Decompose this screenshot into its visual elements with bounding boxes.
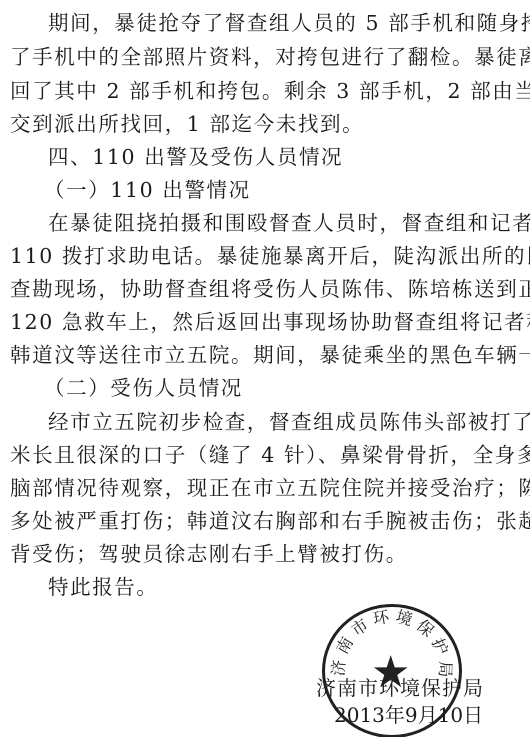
paragraph-line: 多处被严重打伤；韩道汶右胸部和右手腕被击伤；张超头部、后 bbox=[10, 508, 530, 534]
paragraph-line: 期间，暴徒抢夺了督查组人员的 5 部手机和随身挎包，删除 bbox=[48, 10, 530, 36]
paragraph-line: 110 拨打求助电话。暴徒施暴离开后，陡沟派出所的民警抵达并 bbox=[10, 243, 530, 269]
document-page: 期间，暴徒抢夺了督查组人员的 5 部手机和随身挎包，删除 了手机中的全部照片资料… bbox=[0, 0, 530, 737]
paragraph-line: 查勘现场，协助督查组将受伤人员陈伟、陈培栋送到正在赶来的 bbox=[10, 276, 530, 302]
paragraph-line: 米长且很深的口子（缝了 4 针）、鼻梁骨骨折，全身多处受伤， bbox=[10, 442, 530, 468]
closing-text: 特此报告。 bbox=[48, 574, 159, 600]
section-heading: 四、110 出警及受伤人员情况 bbox=[48, 144, 343, 170]
signature-organization: 济南市环境保护局 bbox=[316, 676, 484, 700]
subsection-heading: （二）受伤人员情况 bbox=[44, 375, 243, 401]
paragraph-line: 交到派出所找回，1 部迄今未找到。 bbox=[10, 111, 364, 137]
paragraph-line: 经市立五院初步检查，督查组成员陈伟头部被打了约 5-6 厘 bbox=[48, 409, 530, 435]
paragraph-line: 120 急救车上，然后返回出事现场协助督查组将记者和其他伤者 bbox=[10, 309, 530, 335]
subsection-heading: （一）110 出警情况 bbox=[44, 177, 251, 203]
paragraph-line: 在暴徒阻挠拍摄和围殴督查人员时，督查组和记者先后向 bbox=[48, 210, 530, 236]
paragraph-line: 韩道汶等送往市立五院。期间，暴徒乘坐的黑色车辆一直尾随。 bbox=[10, 342, 530, 368]
paragraph-line: 回了其中 2 部手机和挎包。剩余 3 部手机，2 部由当地办事处转 bbox=[10, 78, 530, 104]
signature-date: 2013年9月10日 bbox=[334, 703, 483, 727]
paragraph-line: 背受伤；驾驶员徐志刚右手上臂被打伤。 bbox=[10, 541, 408, 567]
paragraph-line: 了手机中的全部照片资料，对挎包进行了翻检。暴徒离开时，交 bbox=[10, 44, 530, 70]
paragraph-line: 脑部情况待观察，现正在市立五院住院并接受治疗；陈培栋全身 bbox=[10, 475, 530, 501]
